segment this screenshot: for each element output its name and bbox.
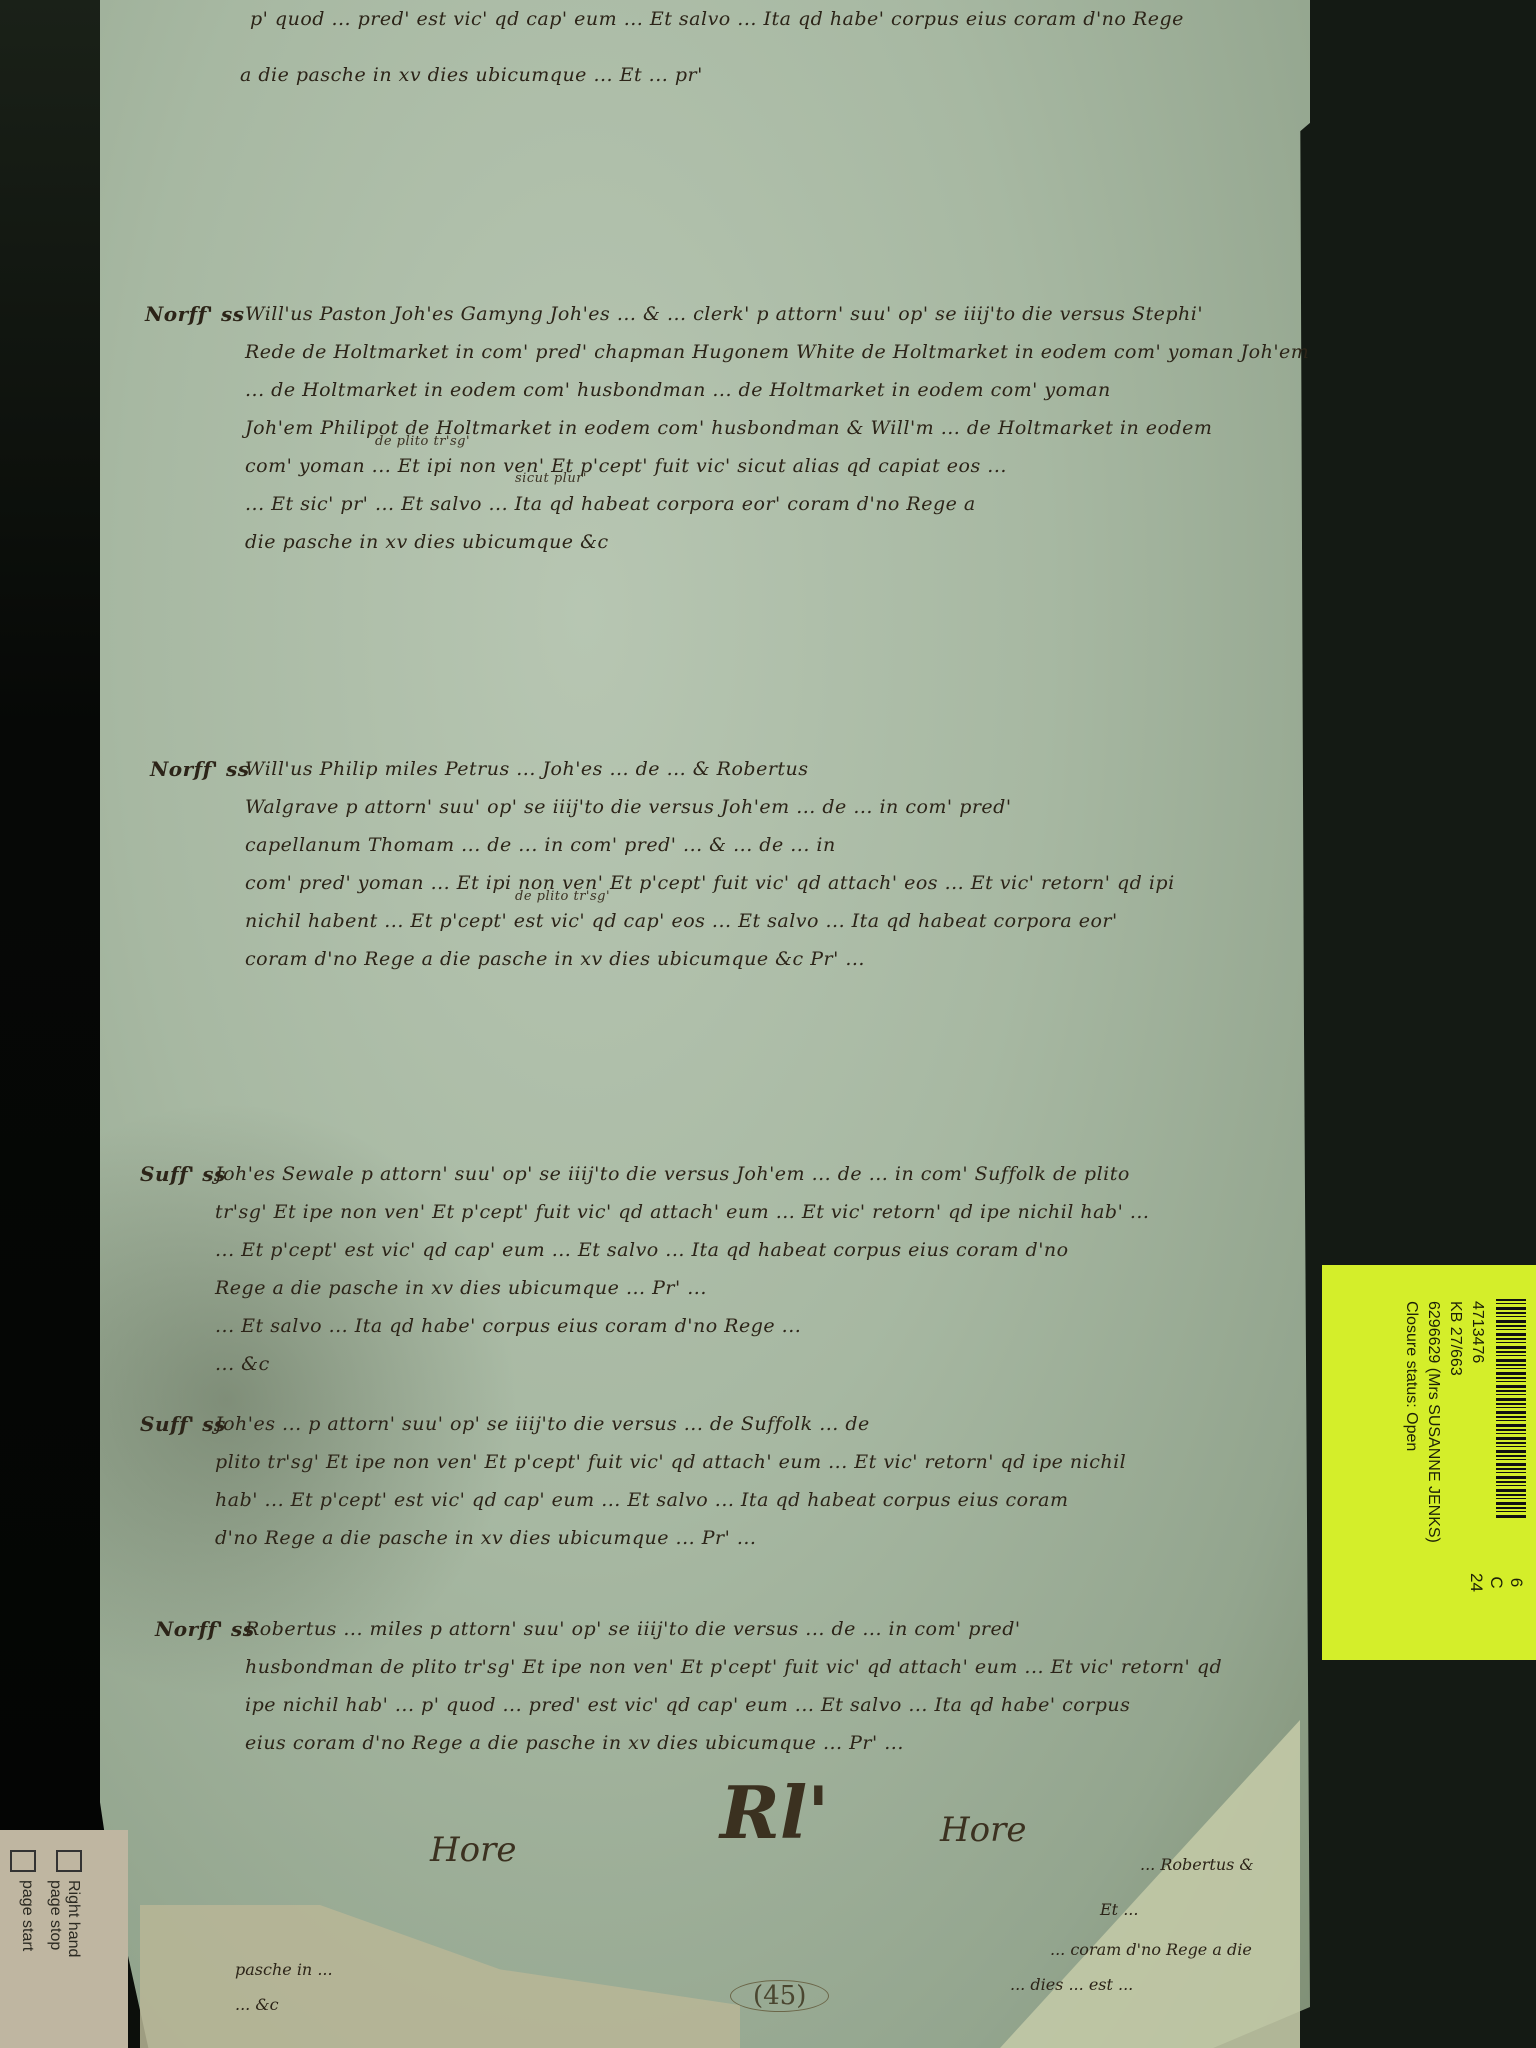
archive-label: 4713476 KB 27/663 6296629 (Mrs SUSANNE J…	[1322, 1265, 1536, 1660]
label-document-number: 4713476	[1466, 1301, 1488, 1543]
flap-line: ... dies ... est ...	[1010, 1975, 1133, 1994]
manuscript-entry-suffolk-2: Suff' ss Joh'es ... p attorn' suu' op' s…	[215, 1405, 1126, 1557]
barcode-icon	[1496, 1299, 1526, 1519]
page-marker-tag: page start Right hand page stop	[0, 1830, 128, 2048]
manuscript-line: Rege a die pasche in xv dies ubicumque .…	[215, 1269, 1149, 1307]
label-reference: KB 27/663	[1444, 1301, 1466, 1543]
manuscript-entry-suffolk-1: Suff' ss Joh'es Sewale p attorn' suu' op…	[215, 1155, 1149, 1383]
manuscript-line: Joh'es Sewale p attorn' suu' op' se iiij…	[215, 1155, 1149, 1193]
manuscript-line: a die pasche in xv dies ubicumque ... Et…	[240, 56, 1184, 94]
flap-line: ... Robertus &	[1140, 1855, 1254, 1874]
signature-center: Rl'	[720, 1770, 829, 1855]
manuscript-entry-norfolk-3: Norff' ss Robertus ... miles p attorn' s…	[245, 1610, 1222, 1762]
label-closure-status: Closure status: Open	[1400, 1301, 1422, 1543]
manuscript-line: d'no Rege a die pasche in xv dies ubicum…	[215, 1519, 1126, 1557]
flap-line: pasche in ...	[235, 1960, 333, 1979]
manuscript-line: die pasche in xv dies ubicumque &c	[245, 523, 1309, 561]
margin-county-label: Suff' ss	[140, 1405, 226, 1443]
page-start-label: page start	[18, 1880, 36, 1951]
page-stop-checkbox[interactable]	[56, 1850, 82, 1872]
manuscript-line: Will'us Paston Joh'es Gamyng Joh'es ... …	[245, 295, 1309, 333]
signature-left: Hore	[430, 1830, 517, 1870]
manuscript-line: Will'us Philip miles Petrus ... Joh'es .…	[245, 750, 1175, 788]
flap-line: ... coram d'no Rege a die	[1050, 1940, 1252, 1959]
margin-county-label: Suff' ss	[140, 1155, 226, 1193]
margin-county-label: Norff' ss	[150, 750, 249, 788]
manuscript-line: nichil habent ... Et p'cept' est vic' qd…	[245, 902, 1175, 940]
folio-number: (45)	[730, 1980, 829, 2012]
manuscript-line: p' quod ... pred' est vic' qd cap' eum .…	[250, 0, 1184, 38]
manuscript-line: Robertus ... miles p attorn' suu' op' se…	[245, 1610, 1222, 1648]
interlinear-gloss: de plito tr'sg'	[375, 423, 470, 461]
margin-county-label: Norff' ss	[145, 295, 244, 333]
signature-right: Hore	[940, 1810, 1027, 1850]
manuscript-line: ... Et salvo ... Ita qd habe' corpus eiu…	[215, 1307, 1149, 1345]
manuscript-line: husbondman de plito tr'sg' Et ipe non ve…	[245, 1648, 1222, 1686]
signature-row: Hore Rl' Hore	[420, 1770, 1060, 1920]
manuscript-line: plito tr'sg' Et ipe non ven' Et p'cept' …	[215, 1443, 1126, 1481]
manuscript-line: Rede de Holtmarket in com' pred' chapman…	[245, 333, 1309, 371]
label-reader: 6296629 (Mrs SUSANNE JENKS)	[1422, 1301, 1444, 1543]
manuscript-line: Joh'es ... p attorn' suu' op' se iiij'to…	[215, 1405, 1126, 1443]
manuscript-line: ... &c	[215, 1345, 1149, 1383]
manuscript-entry-norfolk-1: Norff' ss Will'us Paston Joh'es Gamyng J…	[245, 295, 1309, 561]
page-stop-label-line1: Right hand	[64, 1880, 82, 1957]
manuscript-line: coram d'no Rege a die pasche in xv dies …	[245, 940, 1175, 978]
label-code: 6	[1506, 1573, 1526, 1592]
background-right	[1300, 0, 1536, 2048]
manuscript-line: com' pred' yoman ... Et ipi non ven' Et …	[245, 864, 1175, 902]
manuscript-entry-carryover: p' quod ... pred' est vic' qd cap' eum .…	[250, 0, 1184, 94]
flap-line: Et ...	[1100, 1900, 1138, 1919]
manuscript-line: tr'sg' Et ipe non ven' Et p'cept' fuit v…	[215, 1193, 1149, 1231]
page-stop-label-line2: page stop	[46, 1880, 64, 1957]
label-code: C	[1486, 1573, 1506, 1592]
manuscript-entry-norfolk-2: Norff' ss Will'us Philip miles Petrus ..…	[245, 750, 1175, 978]
manuscript-line: ... Et p'cept' est vic' qd cap' eum ... …	[215, 1231, 1149, 1269]
manuscript-line: ... Et sic' pr' ... Et salvo ... Ita qd …	[245, 485, 1309, 523]
manuscript-line: eius coram d'no Rege a die pasche in xv …	[245, 1724, 1222, 1762]
flap-line: ... &c	[235, 1995, 279, 2014]
manuscript-line: hab' ... Et p'cept' est vic' qd cap' eum…	[215, 1481, 1126, 1519]
background-left	[0, 0, 110, 1830]
manuscript-line: ipe nichil hab' ... p' quod ... pred' es…	[245, 1686, 1222, 1724]
manuscript-line: capellanum Thomam ... de ... in com' pre…	[245, 826, 1175, 864]
manuscript-line: Walgrave p attorn' suu' op' se iiij'to d…	[245, 788, 1175, 826]
margin-county-label: Norff' ss	[155, 1610, 254, 1648]
manuscript-line: ... de Holtmarket in eodem com' husbondm…	[245, 371, 1309, 409]
interlinear-gloss: sicut plur'	[515, 460, 587, 498]
page-start-checkbox[interactable]	[10, 1850, 36, 1872]
label-code: 24	[1466, 1573, 1486, 1592]
interlinear-gloss: de plito tr'sg'	[515, 878, 610, 916]
